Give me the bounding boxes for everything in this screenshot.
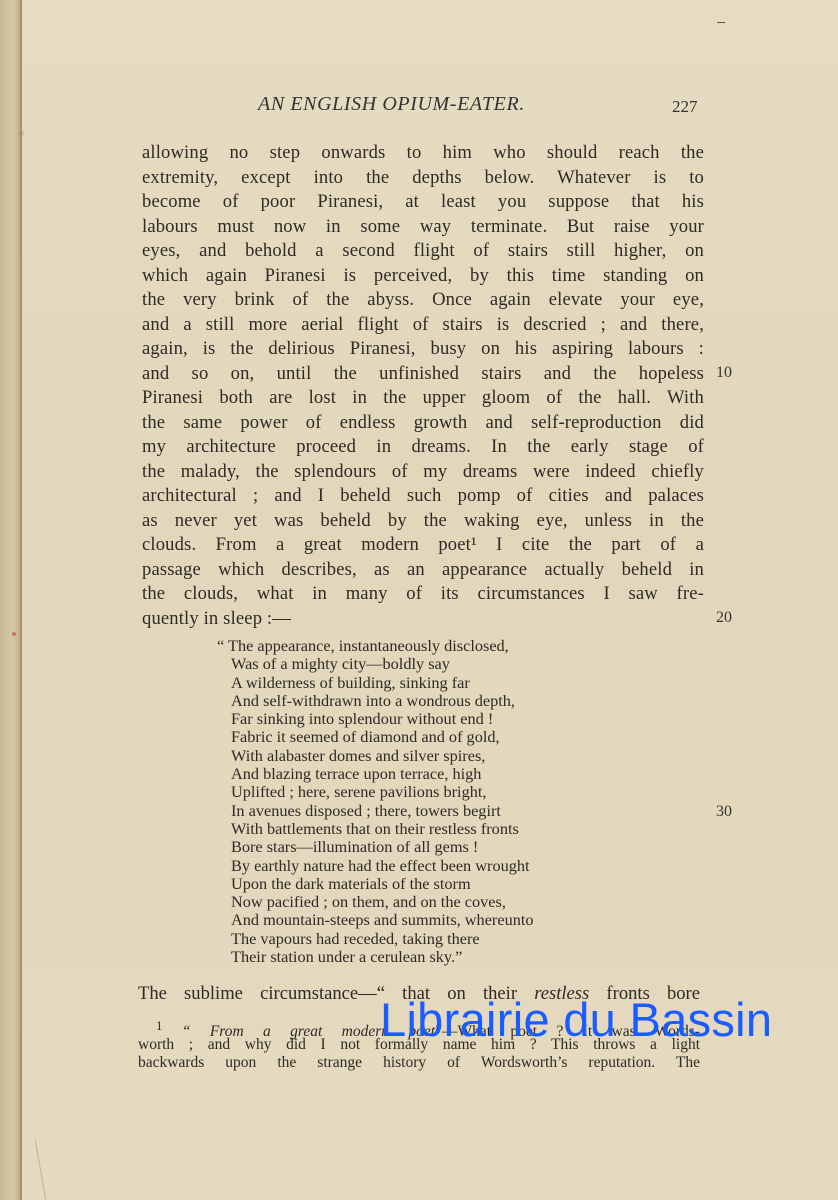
text-line: the clouds, what in many of its circumst… bbox=[142, 582, 704, 607]
text-line: allowing no step onwards to him who shou… bbox=[142, 141, 704, 166]
text-line: passage which describes, as an appearanc… bbox=[142, 558, 704, 583]
verse-line: Now pacified ; on them, and on the coves… bbox=[217, 893, 534, 911]
text-line: which again Piranesi is perceived, by th… bbox=[142, 264, 704, 289]
book-gutter bbox=[0, 0, 22, 1200]
text-line: clouds. From a great modern poet¹ I cite… bbox=[142, 533, 704, 558]
verse-line: The vapours had receded, taking there bbox=[217, 930, 534, 948]
verse-line: And blazing terrace upon terrace, high bbox=[217, 765, 534, 783]
text-line: the same power of endless growth and sel… bbox=[142, 411, 704, 436]
verse-line: Was of a mighty city—boldly say bbox=[217, 655, 534, 673]
body-paragraph: allowing no step onwards to him who shou… bbox=[142, 141, 704, 631]
verse-line: Uplifted ; here, serene pavilions bright… bbox=[217, 783, 534, 801]
text-line: my architecture proceed in dreams. In th… bbox=[142, 435, 704, 460]
page-number: 227 bbox=[672, 97, 698, 117]
footnote-line: backwards upon the strange history of Wo… bbox=[138, 1054, 700, 1073]
running-head: AN ENGLISH OPIUM-EATER. bbox=[258, 93, 525, 116]
watermark: Librairie du Bassin bbox=[380, 992, 772, 1047]
verse-line: Far sinking into splendour without end ! bbox=[217, 710, 534, 728]
text-line: and a still more aerial flight of stairs… bbox=[142, 313, 704, 338]
text-line: eyes, and behold a second flight of stai… bbox=[142, 239, 704, 264]
footnote-marker: 1 bbox=[156, 1018, 162, 1033]
text-line: extremity, except into the depths below.… bbox=[142, 166, 704, 191]
text-line: the malady, the splendours of my dreams … bbox=[142, 460, 704, 485]
verse-line: With battlements that on their restless … bbox=[217, 820, 534, 838]
text-line: the very brink of the abyss. Once again … bbox=[142, 288, 704, 313]
line-number-20: 20 bbox=[716, 609, 732, 627]
verse-line: Their station under a cerulean sky.” bbox=[217, 948, 534, 966]
text-line: and so on, until the unfinished stairs a… bbox=[142, 362, 704, 387]
verse-line: By earthly nature had the effect been wr… bbox=[217, 857, 534, 875]
text-line: as never yet was beheld by the waking ey… bbox=[142, 509, 704, 534]
text-line: quently in sleep :— bbox=[142, 607, 704, 632]
verse-quotation: “ The appearance, instantaneously disclo… bbox=[217, 637, 534, 966]
text-line: labours must now in some way terminate. … bbox=[142, 215, 704, 240]
line-number-30: 30 bbox=[716, 803, 732, 821]
verse-line: Bore stars—illumination of all gems ! bbox=[217, 838, 534, 856]
verse-line: A wilderness of building, sinking far bbox=[217, 674, 534, 692]
text-line: become of poor Piranesi, at least you su… bbox=[142, 190, 704, 215]
paper-blemish bbox=[12, 632, 16, 636]
line-number-10: 10 bbox=[716, 364, 732, 382]
verse-line: “ The appearance, instantaneously disclo… bbox=[217, 637, 534, 655]
verse-line: In avenues disposed ; there, towers begi… bbox=[217, 802, 534, 820]
verse-line: Fabric it seemed of diamond and of gold, bbox=[217, 728, 534, 746]
text-line: again, is the delirious Piranesi, busy o… bbox=[142, 337, 704, 362]
verse-line: With alabaster domes and silver spires, bbox=[217, 747, 534, 765]
verse-line: And self-withdrawn into a wondrous depth… bbox=[217, 692, 534, 710]
paper-blemish bbox=[18, 130, 24, 136]
verse-line: And mountain-steeps and summits, whereun… bbox=[217, 911, 534, 929]
text-line: architectural ; and I beheld such pomp o… bbox=[142, 484, 704, 509]
text-line: Piranesi both are lost in the upper gloo… bbox=[142, 386, 704, 411]
verse-line: Upon the dark materials of the storm bbox=[217, 875, 534, 893]
page-mark bbox=[717, 22, 725, 23]
